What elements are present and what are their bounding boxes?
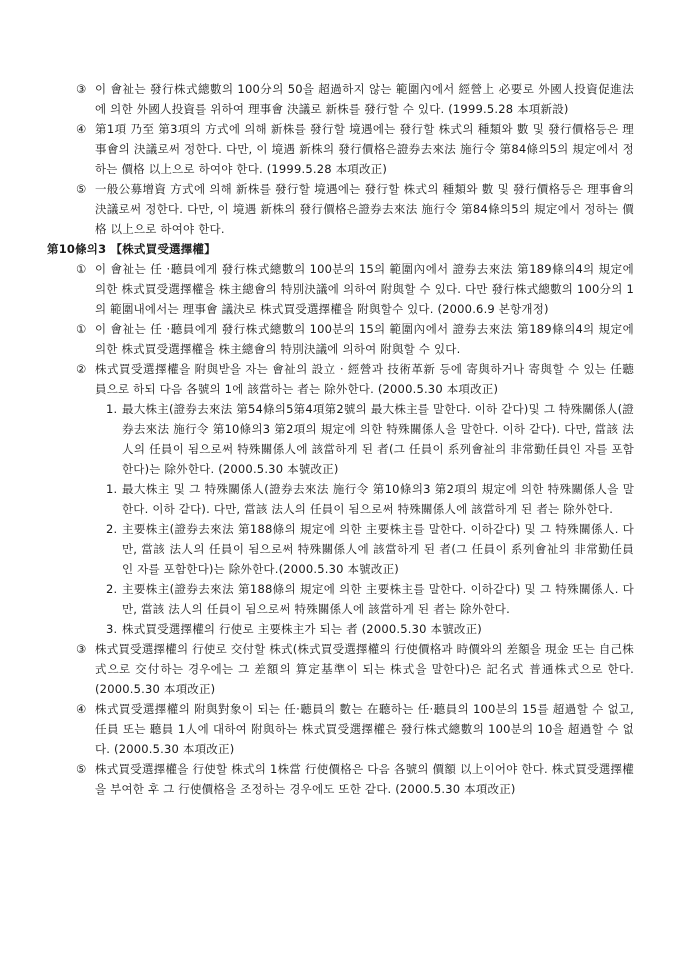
subclause-paragraph: 2. 主要株主(證券去來法 第188條의 規定에 의한 主要株主를 말한다. 이…	[47, 519, 634, 579]
clause-marker: ⑤	[76, 759, 87, 779]
subclause-text: 最大株主 및 그 特殊關係人(證券去來法 施行令 第10條의3 第2項의 規定에…	[122, 482, 634, 516]
subclause-text: 最大株主(證券去來法 第54條의5第4項第2號의 最大株主를 말한다. 이하 같…	[122, 402, 634, 476]
clause-marker: ①	[76, 319, 87, 339]
clause-paragraph: ① 이 會祉는 任 ·聽員에게 發行株式總數의 100분의 15의 範圍內에서 …	[47, 259, 634, 319]
subclause-marker: 2.	[106, 579, 117, 599]
clause-marker: ⑤	[76, 179, 87, 199]
subclause-text: 株式買受選擇權의 行使로 主要株主가 되는 者 (2000.5.30 本號改正)	[122, 622, 482, 636]
clause-text: 株式買受選擇權의 附與對象이 되는 任·聽員의 數는 在聽하는 任·聽員의 10…	[95, 702, 634, 756]
clause-text: 이 會祉는 任 ·聽員에게 發行株式總數의 100분의 15의 範圍內에서 證券…	[95, 322, 634, 356]
subclause-paragraph: 1. 最大株主 및 그 特殊關係人(證券去來法 施行令 第10條의3 第2項의 …	[47, 479, 634, 519]
subclause-paragraph: 1. 最大株主(證券去來法 第54條의5第4項第2號의 最大株主를 말한다. 이…	[47, 399, 634, 479]
document-body: ③ 이 會祉는 發行株式總數의 100分의 50을 超過하지 않는 範圍內에서 …	[47, 79, 634, 799]
subclause-paragraph: 3. 株式買受選擇權의 行使로 主要株主가 되는 者 (2000.5.30 本號…	[47, 619, 634, 639]
clause-text: 株式買受選擇權을 行使할 株式의 1株當 行使價格은 다음 各號의 價額 以上이…	[95, 762, 634, 796]
clause-paragraph: ⑤ 一般公募增資 方式에 의해 新株를 發行할 境遇에는 發行할 株式의 種類와…	[47, 179, 634, 239]
clause-paragraph: ⑤ 株式買受選擇權을 行使할 株式의 1株當 行使價格은 다음 各號의 價額 以…	[47, 759, 634, 799]
clause-paragraph: ④ 第1項 乃至 第3項의 方式에 의해 新株를 發行할 境遇에는 發行할 株式…	[47, 119, 634, 179]
subclause-text: 主要株主(證券去來法 第188條의 規定에 의한 主要株主를 말한다. 이하같다…	[122, 582, 634, 616]
clause-marker: ③	[76, 639, 87, 659]
article-heading-text: 第10條의3 【株式買受選擇權】	[47, 242, 216, 256]
clause-marker: ①	[76, 259, 87, 279]
clause-paragraph: ① 이 會祉는 任 ·聽員에게 發行株式總數의 100분의 15의 範圍內에서 …	[47, 319, 634, 359]
clause-text: 一般公募增資 方式에 의해 新株를 發行할 境遇에는 發行할 株式의 種類와 數…	[95, 182, 634, 236]
clause-paragraph: ② 株式買受選擇權을 附與받을 자는 會祉의 設立 · 經營과 技術革新 등에 …	[47, 359, 634, 399]
subclause-marker: 1.	[106, 479, 117, 499]
clause-marker: ④	[76, 119, 87, 139]
clause-paragraph: ③ 株式買受選擇權의 行使로 交付할 株式(株式買受選擇權의 行使價格과 時價와…	[47, 639, 634, 699]
clause-marker: ③	[76, 79, 87, 99]
clause-marker: ④	[76, 699, 87, 719]
clause-text: 이 會祉는 任 ·聽員에게 發行株式總數의 100분의 15의 範圍內에서 證券…	[95, 262, 634, 316]
clause-text: 株式買受選擇權을 附與받을 자는 會祉의 設立 · 經營과 技術革新 등에 寄與…	[95, 362, 634, 396]
subclause-marker: 2.	[106, 519, 117, 539]
clause-text: 第1項 乃至 第3項의 方式에 의해 新株를 發行할 境遇에는 發行할 株式의 …	[95, 122, 634, 176]
clause-text: 株式買受選擇權의 行使로 交付할 株式(株式買受選擇權의 行使價格과 時價와의 …	[95, 642, 634, 696]
document-page: ③ 이 會祉는 發行株式總數의 100分의 50을 超過하지 않는 範圍內에서 …	[0, 0, 680, 962]
subclause-text: 主要株主(證券去來法 第188條의 規定에 의한 主要株主를 말한다. 이하같다…	[122, 522, 634, 576]
clause-paragraph: ③ 이 會祉는 發行株式總數의 100分의 50을 超過하지 않는 範圍內에서 …	[47, 79, 634, 119]
subclause-marker: 1.	[106, 399, 117, 419]
clause-text: 이 會祉는 發行株式總數의 100分의 50을 超過하지 않는 範圍內에서 經營…	[95, 82, 634, 116]
clause-marker: ②	[76, 359, 87, 379]
article-heading: 第10條의3 【株式買受選擇權】	[47, 239, 634, 259]
subclause-paragraph: 2. 主要株主(證券去來法 第188條의 規定에 의한 主要株主를 말한다. 이…	[47, 579, 634, 619]
subclause-marker: 3.	[106, 619, 117, 639]
clause-paragraph: ④ 株式買受選擇權의 附與對象이 되는 任·聽員의 數는 在聽하는 任·聽員의 …	[47, 699, 634, 759]
